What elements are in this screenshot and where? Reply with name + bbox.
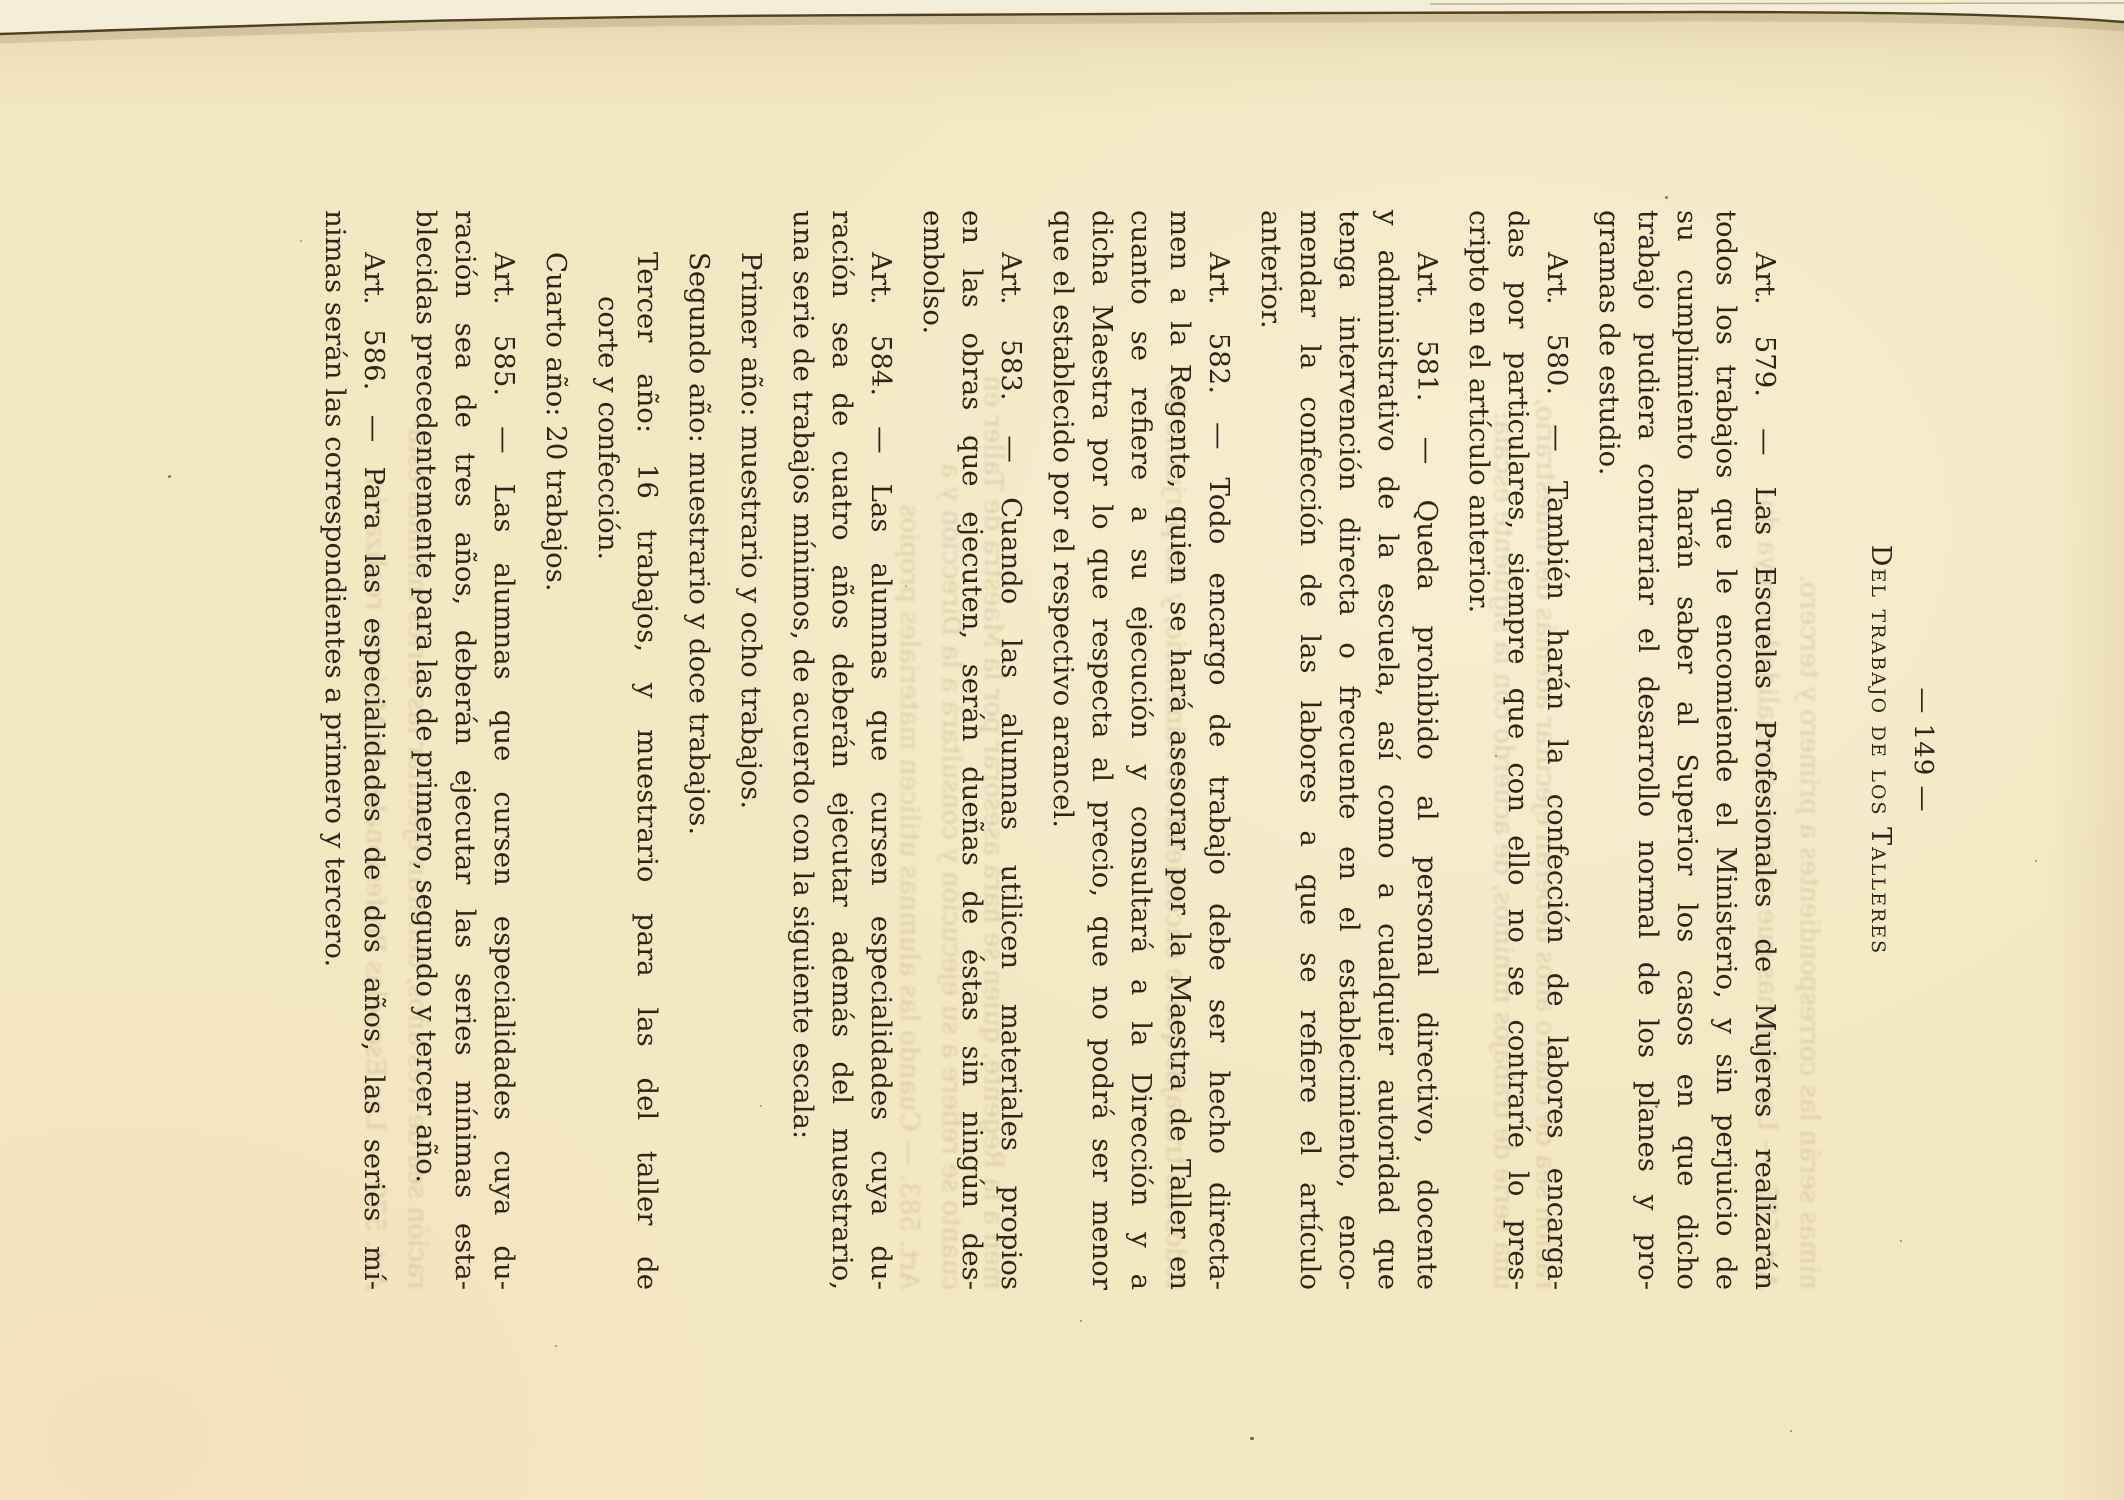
text-line: tenga intervención directa o frecuente e… bbox=[1329, 210, 1368, 1290]
article-579: Art. 579. — Las Escuelas Profesionales d… bbox=[1589, 210, 1784, 1290]
running-header: Del trabajo de los Talleres bbox=[1865, 210, 1896, 1290]
article-583: Art. 583. — Cuando las alumnas utilicen … bbox=[913, 210, 1030, 1290]
text-line: en las obras que ejecuten, serán dueñas … bbox=[952, 210, 991, 1290]
text-line: que el establecido por el respectivo ara… bbox=[1043, 210, 1082, 1290]
text-line: Art. 582. — Todo encargo de trabajo debe… bbox=[1199, 210, 1238, 1290]
text-line: das por particulares, siempre que con el… bbox=[1498, 210, 1537, 1290]
list-item-tercer-ano: Tercer año: 16 trabajos, y muestrario pa… bbox=[588, 210, 666, 1290]
text-line: embolso. bbox=[913, 210, 952, 1290]
list-item-segundo-ano: Segundo año: muestrario y doce trabajos. bbox=[679, 210, 718, 1290]
text-line: ración sea de tres años, deberán ejecuta… bbox=[445, 210, 484, 1290]
text-block: Art. 579. — Las Escuelas Profesionales d… bbox=[302, 210, 1784, 1290]
text-line: nimas serán las correspondientes a prime… bbox=[315, 210, 354, 1290]
page-number: — 149 — bbox=[1908, 210, 1938, 1290]
text-line: Art. 580. — También harán la confección … bbox=[1537, 210, 1576, 1290]
article-585: Art. 585. — Las alumnas que cursen espec… bbox=[406, 210, 523, 1290]
page-content-rotated: — 149 — Del trabajo de los Talleres nima… bbox=[0, 0, 2124, 1500]
bleed-through-text: nimas serán las correspondientes a prime… bbox=[1790, 210, 1828, 1290]
text-line: Segundo año: muestrario y doce trabajos. bbox=[679, 210, 718, 1290]
text-line: mendar la confección de las labores a qu… bbox=[1290, 210, 1329, 1290]
text-line: y administrativo de la escuela, así como… bbox=[1368, 210, 1407, 1290]
text-line: cuanto se refiere a su ejecución y consu… bbox=[1121, 210, 1160, 1290]
text-line: una serie de trabajos mínimos, de acuerd… bbox=[783, 210, 822, 1290]
list-item-cuarto-ano: Cuarto año: 20 trabajos. bbox=[536, 210, 575, 1290]
text-line: ración sea de cuatro años deberán ejecut… bbox=[822, 210, 861, 1290]
text-line: dicha Maestra por lo que respecta al pre… bbox=[1082, 210, 1121, 1290]
article-582: Art. 582. — Todo encargo de trabajo debe… bbox=[1043, 210, 1238, 1290]
text-line: Tercer año: 16 trabajos, y muestrario pa… bbox=[627, 210, 666, 1290]
text-line: gramas de estudio. bbox=[1589, 210, 1628, 1290]
text-line: Art. 584. — Las alumnas que cursen espec… bbox=[861, 210, 900, 1290]
article-580: Art. 580. — También harán la confección … bbox=[1459, 210, 1576, 1290]
text-line: Cuarto año: 20 trabajos. bbox=[536, 210, 575, 1290]
text-line: Art. 585. — Las alumnas que cursen espec… bbox=[484, 210, 523, 1290]
text-line: Art. 581. — Queda prohibido al personal … bbox=[1407, 210, 1446, 1290]
text-line: trabajo pudiera contrariar el desarrollo… bbox=[1628, 210, 1667, 1290]
text-line: cripto en el artículo anterior. bbox=[1459, 210, 1498, 1290]
text-line: su cumplimiento harán saber al Superior … bbox=[1667, 210, 1706, 1290]
book-page-scan: — 149 — Del trabajo de los Talleres nima… bbox=[0, 0, 2124, 1500]
article-586: Art. 586. — Para las especialidades de d… bbox=[315, 210, 393, 1290]
text-line: Art. 586. — Para las especialidades de d… bbox=[354, 210, 393, 1290]
text-line: Primer año: muestrario y ocho trabajos. bbox=[731, 210, 770, 1290]
text-line: men a la Regente, quien se hará asesorar… bbox=[1160, 210, 1199, 1290]
text-line: Art. 583. — Cuando las alumnas utilicen … bbox=[991, 210, 1030, 1290]
text-line: blecidas precedentemente para las de pri… bbox=[406, 210, 445, 1290]
list-item-primer-ano: Primer año: muestrario y ocho trabajos. bbox=[731, 210, 770, 1290]
text-line: todos los trabajos que le encomiende el … bbox=[1706, 210, 1745, 1290]
article-584: Art. 584. — Las alumnas que cursen espec… bbox=[783, 210, 900, 1290]
article-581: Art. 581. — Queda prohibido al personal … bbox=[1251, 210, 1446, 1290]
text-line: corte y confección. bbox=[588, 210, 627, 1290]
text-line: anterior. bbox=[1251, 210, 1290, 1290]
text-line: Art. 579. — Las Escuelas Profesionales d… bbox=[1745, 210, 1784, 1290]
